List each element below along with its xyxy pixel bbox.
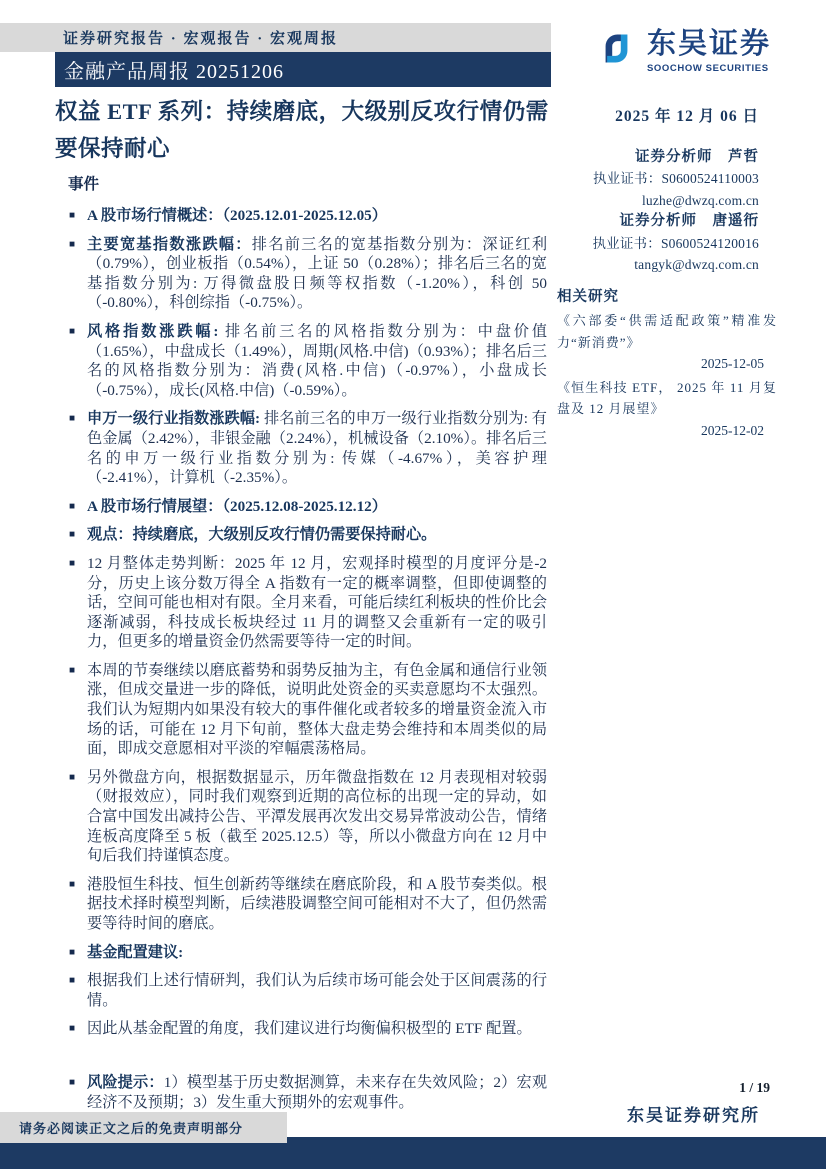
bullet-square-icon: ■ (69, 322, 87, 400)
related-item-title: 《六部委“供需适配政策”精准发力“新消费”》 (557, 310, 781, 353)
bullet-item: ■ 本周的节奏继续以磨底蓄势和弱势反抽为主，有色金属和通信行业领涨，但成交量进一… (55, 661, 547, 759)
bullet-item: ■ 主要宽基指数涨跌幅：排名前三名的宽基指数分别为：深证红利（0.79%），创业… (55, 235, 547, 313)
brand-name-cn: 东吴证券 (647, 29, 771, 61)
bullet-square-icon: ■ (69, 525, 87, 545)
cert-number: S0600524110003 (661, 171, 759, 186)
bullet-list: ■ A 股市场行情概述：（2025.12.01-2025.12.05） ■ 主要… (55, 206, 547, 1112)
bullet-square-icon: ■ (69, 554, 87, 652)
category-text: 证券研究报告 · 宏观报告 · 宏观周报 (63, 27, 338, 48)
bullet-lead: 风险提示： (87, 1074, 164, 1091)
bullet-item: ■ 申万一级行业指数涨跌幅: 排名前三名的申万一级行业指数分别为: 有色金属（2… (55, 409, 547, 487)
analyst-email: luzhe@dwzq.com.cn (557, 190, 759, 212)
related-research-heading: 相关研究 (557, 287, 781, 309)
related-item-title: 《恒生科技 ETF， 2025 年 11 月复盘及 12 月展望》 (557, 377, 781, 420)
bullet-item: ■ 风格指数涨跌幅: 排名前三名的风格指数分别为：中盘价值（1.65%），中盘成… (55, 322, 547, 400)
bullet-text: 因此从基金配置的角度，我们建议进行均衡偏积极型的 ETF 配置。 (87, 1020, 532, 1037)
bullet-square-icon: ■ (69, 971, 87, 1010)
analyst-role: 证券分析师 (620, 213, 698, 229)
bullet-text: 港股恒生科技、恒生创新药等继续在磨底阶段，和 A 股节奏类似。根据技术择时模型判… (87, 876, 547, 932)
analyst-list: 证券分析师 芦哲 执业证书：S0600524110003 luzhe@dwzq.… (557, 147, 781, 276)
bullet-item: ■ A 股市场行情概述：（2025.12.01-2025.12.05） (55, 206, 547, 226)
brand-logo: 东吴证券 SOOCHOW SECURITIES (594, 29, 771, 74)
bullet-item: ■ 根据我们上述行情研判，我们认为后续市场可能会处于区间震荡的行情。 (55, 971, 547, 1010)
report-title: 权益 ETF 系列：持续磨底，大级别反攻行情仍需要保持耐心 (55, 93, 557, 167)
related-item: 《六部委“供需适配政策”精准发力“新消费”》 2025-12-05 (557, 310, 781, 375)
cert-number: S0600524120016 (661, 236, 759, 251)
bullet-lead: A 股市场行情展望：（2025.12.08-2025.12.12） (87, 498, 387, 515)
analyst-role: 证券分析师 (635, 149, 713, 165)
bullet-lead: 主要宽基指数涨跌幅： (87, 236, 252, 253)
bullet-square-icon: ■ (69, 1073, 87, 1112)
section-heading: 事件 (68, 172, 547, 194)
soochow-logo-icon (594, 29, 639, 73)
bullet-square-icon: ■ (69, 943, 87, 963)
sidebar: 2025 年 12 月 06 日 证券分析师 芦哲 执业证书：S06005241… (557, 106, 781, 441)
bullet-lead: 观点：持续磨底，大级别反攻行情仍需要保持耐心。 (87, 526, 436, 543)
bullet-lead: A 股市场行情概述：（2025.12.01-2025.12.05） (87, 207, 387, 224)
bullet-item: ■ 港股恒生科技、恒生创新药等继续在磨底阶段，和 A 股节奏类似。根据技术择时模… (55, 875, 547, 934)
bullet-square-icon: ■ (69, 1019, 87, 1039)
analyst-block: 证券分析师 唐遥衎 执业证书：S0600524120016 tangyk@dwz… (557, 211, 759, 276)
disclaimer-text: 请务必阅读正文之后的免责声明部分 (19, 1118, 243, 1137)
bullet-text: 根据我们上述行情研判，我们认为后续市场可能会处于区间震荡的行情。 (87, 972, 547, 1009)
bullet-item: ■ 12 月整体走势判断：2025 年 12 月，宏观择时模型的月度评分是-2 … (55, 554, 547, 652)
bullet-square-icon: ■ (69, 661, 87, 759)
bullet-lead: 申万一级行业指数涨跌幅: (87, 410, 260, 427)
bullet-square-icon: ■ (69, 875, 87, 934)
related-item-date: 2025-12-05 (557, 353, 781, 375)
bullet-item: ■ 观点：持续磨底，大级别反攻行情仍需要保持耐心。 (55, 525, 547, 545)
disclaimer-box: 请务必阅读正文之后的免责声明部分 (0, 1112, 287, 1143)
related-item: 《恒生科技 ETF， 2025 年 11 月复盘及 12 月展望》 2025-1… (557, 377, 781, 442)
related-research-list: 《六部委“供需适配政策”精准发力“新消费”》 2025-12-05 《恒生科技 … (557, 310, 781, 441)
bullet-item: ■ 风险提示：1）模型基于历史数据测算，未来存在失效风险；2）宏观经济不及预期；… (55, 1073, 547, 1112)
cert-label: 执业证书： (592, 236, 661, 251)
bullet-item: ■ 因此从基金配置的角度，我们建议进行均衡偏积极型的 ETF 配置。 (55, 1019, 547, 1039)
related-item-date: 2025-12-02 (557, 420, 781, 442)
bullet-square-icon: ■ (69, 768, 87, 866)
bullet-item: ■ A 股市场行情展望：（2025.12.08-2025.12.12） (55, 497, 547, 517)
report-date: 2025 年 12 月 06 日 (557, 106, 781, 128)
series-banner: 金融产品周报 20251206 (55, 52, 551, 87)
bullet-item: ■ 另外微盘方向，根据数据显示，历年微盘指数在 12 月表现相对较弱（财报效应）… (55, 768, 547, 866)
page-number: 1 / 19 (739, 1080, 770, 1096)
analyst-block: 证券分析师 芦哲 执业证书：S0600524110003 luzhe@dwzq.… (557, 147, 759, 212)
category-bar: 证券研究报告 · 宏观报告 · 宏观周报 (0, 23, 551, 52)
series-title: 金融产品周报 20251206 (64, 55, 284, 84)
cert-label: 执业证书： (593, 171, 662, 186)
analyst-email: tangyk@dwzq.com.cn (557, 254, 759, 276)
brand-name-en: SOOCHOW SECURITIES (647, 63, 771, 74)
bullet-item: ■ 基金配置建议: (55, 943, 547, 963)
bullet-text: 本周的节奏继续以磨底蓄势和弱势反抽为主，有色金属和通信行业领涨，但成交量进一步的… (87, 662, 547, 757)
bullet-square-icon: ■ (69, 235, 87, 313)
bullet-square-icon: ■ (69, 409, 87, 487)
bullet-square-icon: ■ (69, 206, 87, 226)
bullet-text: 另外微盘方向，根据数据显示，历年微盘指数在 12 月表现相对较弱（财报效应），同… (87, 769, 547, 864)
analyst-name: 唐遥衎 (713, 213, 760, 229)
bullet-square-icon: ■ (69, 497, 87, 517)
bullet-text: 12 月整体走势判断：2025 年 12 月，宏观择时模型的月度评分是-2 分，… (87, 555, 547, 650)
report-body: 事件 ■ A 股市场行情概述：（2025.12.01-2025.12.05） ■… (55, 172, 547, 1121)
bullet-lead: 风格指数涨跌幅: (87, 323, 218, 340)
report-page: 证券研究报告 · 宏观报告 · 宏观周报 金融产品周报 20251206 东吴证… (0, 0, 826, 1169)
brand-text: 东吴证券 SOOCHOW SECURITIES (647, 29, 771, 74)
analyst-name: 芦哲 (728, 149, 759, 165)
bullet-lead: 基金配置建议: (87, 944, 183, 961)
institute-name: 东吴证券研究所 (627, 1101, 760, 1126)
